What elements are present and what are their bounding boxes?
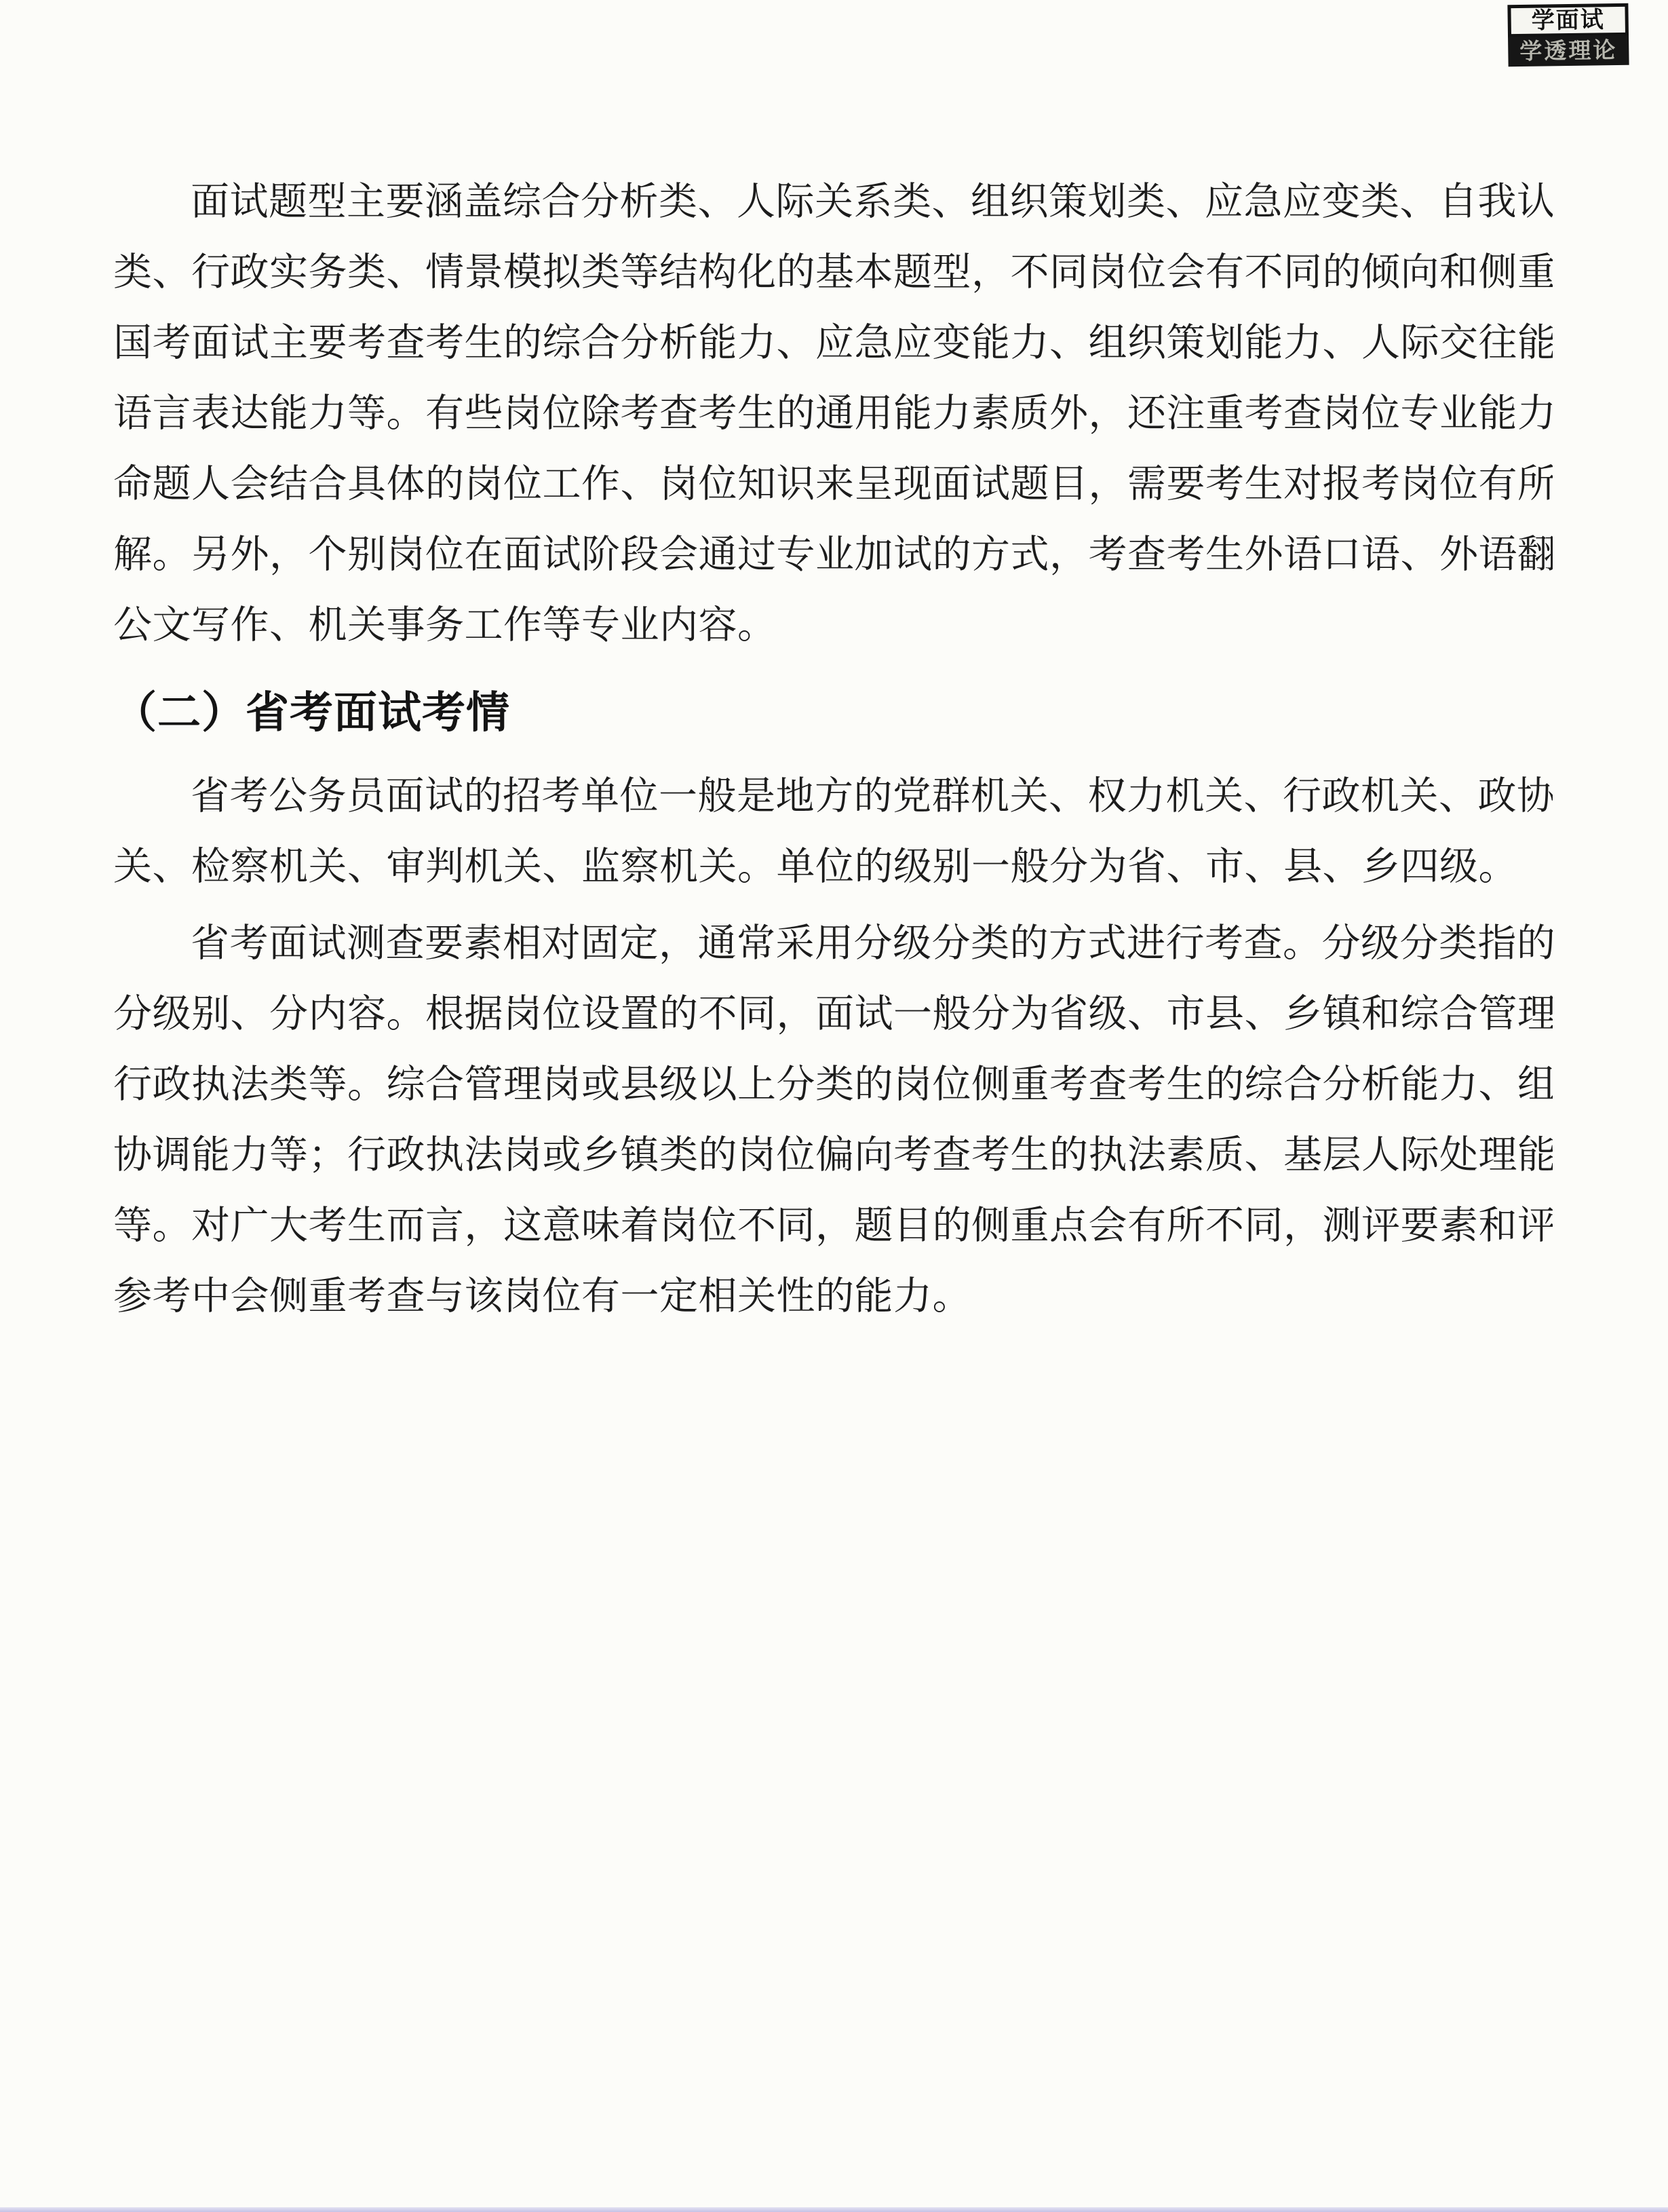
paragraph-2-line-2: 关、检察机关、审判机关、监察机关。单位的级别一般分为省、市、县、乡四级。 [113,831,1553,902]
paragraph-3-line-6: 参考中会侧重考查与该岗位有一定相关性的能力。 [113,1261,1553,1331]
paragraph-1-line-7: 公文写作、机关事务工作等专业内容。 [113,590,1553,660]
book-corner-badge: 学面试 学透理论 [1507,3,1629,66]
paragraph-2-line-1: 省考公务员面试的招考单位一般是地方的党群机关、权力机关、行政机关、政协机 [113,761,1553,831]
paragraph-3-line-5: 等。对广大考生而言，这意味着岗位不同，题目的侧重点会有所不同，测评要素和评分 [113,1190,1553,1261]
paragraph-3-line-1: 省考面试测查要素相对固定，通常采用分级分类的方式进行考查。分级分类指的是 [113,908,1553,978]
paragraph-1-line-2: 类、行政实务类、情景模拟类等结构化的基本题型，不同岗位会有不同的倾向和侧重。 [113,237,1553,307]
paragraph-1-line-6: 解。另外，个别岗位在面试阶段会通过专业加试的方式，考查考生外语口语、外语翻译、 [113,519,1553,590]
body-text: 面试题型主要涵盖综合分析类、人际关系类、组织策划类、应急应变类、自我认知 类、行… [113,166,1553,1331]
paragraph-1-line-3: 国考面试主要考查考生的综合分析能力、应急应变能力、组织策划能力、人际交往能力、 [113,307,1553,378]
paragraph-1-line-4: 语言表达能力等。有些岗位除考查考生的通用能力素质外，还注重考查岗位专业能力， [113,378,1553,449]
badge-subtitle: 学透理论 [1508,35,1629,66]
badge-title: 学面试 [1507,3,1629,37]
paragraph-3-line-3: 行政执法类等。综合管理岗或县级以上分类的岗位侧重考查考生的综合分析能力、组织 [113,1049,1553,1120]
document-page: 学面试 学透理论 面试题型主要涵盖综合分析类、人际关系类、组织策划类、应急应变类… [0,0,1668,2212]
paragraph-3-line-4: 协调能力等；行政执法岗或乡镇类的岗位偏向考查考生的执法素质、基层人际处理能力 [113,1120,1553,1190]
paragraph-1-line-5: 命题人会结合具体的岗位工作、岗位知识来呈现面试题目，需要考生对报考岗位有所了 [113,449,1553,519]
scan-bottom-edge [0,2207,1668,2212]
section-heading: （二）省考面试考情 [113,675,1553,750]
paragraph-3-line-2: 分级别、分内容。根据岗位设置的不同，面试一般分为省级、市县、乡镇和综合管理类、 [113,978,1553,1049]
paragraph-1-line-1: 面试题型主要涵盖综合分析类、人际关系类、组织策划类、应急应变类、自我认知 [113,166,1553,237]
